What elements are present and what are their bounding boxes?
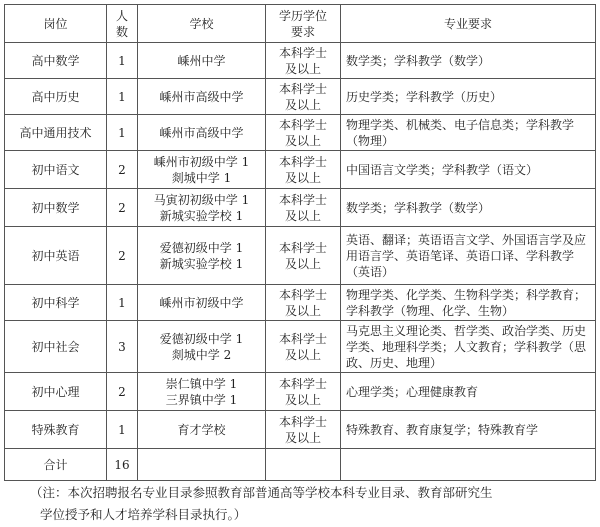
cell-degree: 本科学士及以上 [266, 151, 341, 189]
degree-line: 本科学士 [269, 81, 337, 97]
cell-position: 初中社会 [5, 321, 107, 373]
cell-position: 初中数学 [5, 189, 107, 227]
degree-line: 本科学士 [269, 154, 337, 170]
cell-school: 嵊州中学 [138, 43, 266, 79]
cell-count: 2 [107, 227, 138, 285]
school-line: 崇仁镇中学 1 [141, 376, 262, 392]
cell-degree: 本科学士及以上 [266, 411, 341, 449]
footnote: （注：本次招聘报名专业目录参照教育部普通高等学校本科专业目录、教育部研究生 学位… [30, 482, 590, 526]
cell-count: 1 [107, 115, 138, 151]
degree-line: 及以上 [269, 97, 337, 113]
degree-line: 及以上 [269, 133, 337, 149]
table-row: 高中数学 1 嵊州中学 本科学士及以上 数学类；学科教学（数学） [5, 43, 596, 79]
header-count-line: 数 [110, 24, 134, 40]
school-line: 剡城中学 2 [141, 347, 262, 363]
cell-degree: 本科学士及以上 [266, 79, 341, 115]
cell-major: 中国语言文学类；学科教学（语文） [341, 151, 596, 189]
school-line: 嵊州市高级中学 [141, 125, 262, 141]
cell-major: 数学类；学科教学（数学） [341, 189, 596, 227]
cell-position: 初中语文 [5, 151, 107, 189]
cell-major: 物理学类、化学类、生物科学类；科学教育；学科教学（物理、化学、生物） [341, 285, 596, 321]
cell-school: 嵊州市高级中学 [138, 79, 266, 115]
school-line: 嵊州中学 [141, 53, 262, 69]
table-row: 初中社会 3 爱德初级中学 1剡城中学 2 本科学士及以上 马克思主义理论类、哲… [5, 321, 596, 373]
cell-major: 心理学类；心理健康教育 [341, 373, 596, 411]
cell-position: 高中历史 [5, 79, 107, 115]
cell-major: 英语、翻译；英语语言文学、外国语言学及应用语言学、英语笔译、英语口译、学科教学（… [341, 227, 596, 285]
cell-major: 物理学类、机械类、电子信息类；学科教学（物理） [341, 115, 596, 151]
total-empty-cell [266, 449, 341, 481]
header-major: 专业要求 [341, 5, 596, 43]
total-count: 16 [107, 449, 138, 481]
cell-count: 1 [107, 285, 138, 321]
cell-major: 数学类；学科教学（数学） [341, 43, 596, 79]
cell-position: 特殊教育 [5, 411, 107, 449]
school-line: 马寅初初级中学 1 [141, 192, 262, 208]
total-empty-cell [341, 449, 596, 481]
cell-count: 1 [107, 411, 138, 449]
cell-school: 嵊州市初级中学 [138, 285, 266, 321]
degree-line: 本科学士 [269, 192, 337, 208]
cell-count: 1 [107, 79, 138, 115]
school-line: 嵊州市初级中学 1 [141, 154, 262, 170]
degree-line: 及以上 [269, 303, 337, 319]
cell-school: 爱德初级中学 1剡城中学 2 [138, 321, 266, 373]
degree-line: 本科学士 [269, 240, 337, 256]
degree-line: 本科学士 [269, 45, 337, 61]
footnote-line-2: 学位授予和人才培养学科目录执行。） [30, 504, 590, 526]
cell-major: 马克思主义理论类、哲学类、政治学类、历史学类、地理科学类；人文教育；学科教学（思… [341, 321, 596, 373]
degree-line: 本科学士 [269, 331, 337, 347]
cell-count: 2 [107, 189, 138, 227]
school-line: 剡城中学 1 [141, 170, 262, 186]
degree-line: 本科学士 [269, 287, 337, 303]
header-school: 学校 [138, 5, 266, 43]
degree-line: 本科学士 [269, 117, 337, 133]
cell-school: 崇仁镇中学 1三界镇中学 1 [138, 373, 266, 411]
cell-degree: 本科学士及以上 [266, 43, 341, 79]
cell-school: 嵊州市高级中学 [138, 115, 266, 151]
degree-line: 本科学士 [269, 414, 337, 430]
degree-line: 及以上 [269, 256, 337, 272]
header-degree-line: 要求 [269, 24, 337, 40]
table-row: 初中数学 2 马寅初初级中学 1新城实验学校 1 本科学士及以上 数学类；学科教… [5, 189, 596, 227]
degree-line: 及以上 [269, 170, 337, 186]
cell-count: 2 [107, 151, 138, 189]
school-line: 育才学校 [141, 422, 262, 438]
recruitment-table: 岗位 人 数 学校 学历学位 要求 专业要求 高中数学 1 嵊州中学 本科学士及… [4, 4, 596, 481]
degree-line: 本科学士 [269, 376, 337, 392]
cell-major: 历史学类；学科教学（历史） [341, 79, 596, 115]
school-line: 新城实验学校 1 [141, 208, 262, 224]
cell-position: 初中英语 [5, 227, 107, 285]
table-row: 初中英语 2 爱德初级中学 1新城实验学校 1 本科学士及以上 英语、翻译；英语… [5, 227, 596, 285]
degree-line: 及以上 [269, 392, 337, 408]
school-line: 嵊州市高级中学 [141, 89, 262, 105]
header-count: 人 数 [107, 5, 138, 43]
cell-degree: 本科学士及以上 [266, 227, 341, 285]
header-position: 岗位 [5, 5, 107, 43]
table-row: 初中语文 2 嵊州市初级中学 1剡城中学 1 本科学士及以上 中国语言文学类；学… [5, 151, 596, 189]
table-row: 初中科学 1 嵊州市初级中学 本科学士及以上 物理学类、化学类、生物科学类；科学… [5, 285, 596, 321]
total-label: 合计 [5, 449, 107, 481]
cell-degree: 本科学士及以上 [266, 285, 341, 321]
degree-line: 及以上 [269, 208, 337, 224]
cell-school: 嵊州市初级中学 1剡城中学 1 [138, 151, 266, 189]
cell-major: 特殊教育、教育康复学；特殊教育学 [341, 411, 596, 449]
table-row: 高中历史 1 嵊州市高级中学 本科学士及以上 历史学类；学科教学（历史） [5, 79, 596, 115]
cell-school: 爱德初级中学 1新城实验学校 1 [138, 227, 266, 285]
header-row: 岗位 人 数 学校 学历学位 要求 专业要求 [5, 5, 596, 43]
total-row: 合计 16 [5, 449, 596, 481]
cell-position: 初中科学 [5, 285, 107, 321]
cell-position: 初中心理 [5, 373, 107, 411]
school-line: 爱德初级中学 1 [141, 331, 262, 347]
table-row: 初中心理 2 崇仁镇中学 1三界镇中学 1 本科学士及以上 心理学类；心理健康教… [5, 373, 596, 411]
table-row: 高中通用技术 1 嵊州市高级中学 本科学士及以上 物理学类、机械类、电子信息类；… [5, 115, 596, 151]
degree-line: 及以上 [269, 347, 337, 363]
cell-school: 育才学校 [138, 411, 266, 449]
cell-position: 高中数学 [5, 43, 107, 79]
footnote-line-1: （注：本次招聘报名专业目录参照教育部普通高等学校本科专业目录、教育部研究生 [30, 485, 493, 500]
cell-degree: 本科学士及以上 [266, 373, 341, 411]
cell-degree: 本科学士及以上 [266, 115, 341, 151]
cell-count: 3 [107, 321, 138, 373]
school-line: 三界镇中学 1 [141, 392, 262, 408]
header-degree: 学历学位 要求 [266, 5, 341, 43]
header-degree-line: 学历学位 [269, 8, 337, 24]
school-line: 嵊州市初级中学 [141, 295, 262, 311]
table-row: 特殊教育 1 育才学校 本科学士及以上 特殊教育、教育康复学；特殊教育学 [5, 411, 596, 449]
cell-degree: 本科学士及以上 [266, 189, 341, 227]
school-line: 新城实验学校 1 [141, 256, 262, 272]
cell-position: 高中通用技术 [5, 115, 107, 151]
total-empty-cell [138, 449, 266, 481]
degree-line: 及以上 [269, 430, 337, 446]
degree-line: 及以上 [269, 61, 337, 77]
cell-degree: 本科学士及以上 [266, 321, 341, 373]
school-line: 爱德初级中学 1 [141, 240, 262, 256]
cell-count: 2 [107, 373, 138, 411]
header-count-line: 人 [110, 8, 134, 24]
cell-count: 1 [107, 43, 138, 79]
cell-school: 马寅初初级中学 1新城实验学校 1 [138, 189, 266, 227]
